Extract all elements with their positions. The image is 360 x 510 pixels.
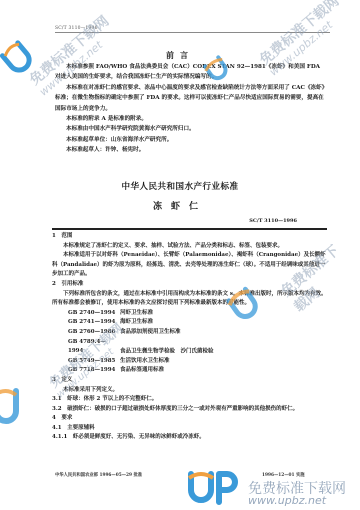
subsection-item: 4.1.1 虾必须是鲜度好、无污染、无异味的冰鲜虾或冷冻虾。	[52, 433, 327, 443]
up-logo-icon	[0, 385, 22, 435]
watermark-site-url: www.upbz.net	[248, 494, 326, 507]
definition-item: 3.1 虾球：体形 2 节以上的不完整虾仁。	[52, 395, 327, 405]
subsection-heading: 4.1 主要原辅料	[52, 424, 327, 434]
section-heading: 2 引用标准	[52, 280, 327, 290]
section-heading: 4 要求	[52, 414, 327, 424]
section-heading: 1 范围	[52, 232, 327, 242]
watermark-bottom-logo	[185, 470, 245, 510]
foreword-paragraph: 本标准起草人：许钟、杨宪时。	[55, 145, 325, 155]
section-paragraph: 下列标准所包含的条文，通过在本标准中引用而构成为本标准的条文 s。本标准出版时，…	[52, 290, 327, 309]
document-page: SC/T 3110—1996 前言 本标准参照 FAO/WHO 食品法典委员会（…	[0, 0, 360, 510]
watermark-left-bottom	[0, 385, 22, 439]
standard-body: 1 范围 本标准规定了冻虾仁的定义、要求、抽样、试验方法、产品分类和标志、标签、…	[52, 232, 327, 443]
foreword-paragraph: 本标准的附录 A 是标准的附录。	[55, 114, 325, 124]
standard-code: SC/T 3110—1996	[249, 218, 297, 224]
reference-item: GB 2741—1994海虾卫生标准	[52, 318, 327, 328]
up-logo-icon	[185, 470, 245, 506]
foreword-paragraph: 本标准起草单位：山东省海洋水产研究所。	[55, 135, 325, 145]
reference-item: GB 2760—1986食品添加剂使用卫生标准	[52, 328, 327, 338]
foreword-title: 前言	[0, 50, 360, 61]
section-paragraph: 本标准规定了冻虾仁的定义、要求、抽样、试验方法、产品分类和标志、标签、包装要求。	[52, 242, 327, 252]
reference-item: GB 2740—1994河虾卫生标准	[52, 309, 327, 319]
title-rule	[52, 228, 327, 230]
effective-date: 1996—12—01 实施	[262, 472, 305, 478]
standard-title: 冻虾仁	[0, 199, 360, 212]
reference-item: GB 4789.4—1994食品卫生微生物学检验 沙门氏菌检验	[52, 338, 327, 357]
foreword-paragraph: 本标准参照 FAO/WHO 食品法典委员会（CAC）CODEX STAN 92—…	[55, 62, 325, 83]
section-heading: 3 定义	[52, 376, 327, 386]
header-standard-code: SC/T 3110—1996	[55, 26, 98, 31]
standard-org: 中华人民共和国水产行业标准	[0, 180, 360, 192]
section-paragraph: 本标准适用于以对虾科（Penaeidae）、长臂虾（Palaemonidae）、…	[52, 251, 327, 280]
section-paragraph: 本标准采用下列定义。	[52, 386, 327, 396]
foreword-paragraph: 本标准由中国水产科学研究院黄海水产研究所归口。	[55, 124, 325, 134]
reference-item: GB 7718—1994食品标签通用标准	[52, 366, 327, 376]
definition-item: 3.2 破损虾仁：破损的口子超过破损处虾体厚度的三分之一或对外观有严重影响的其他…	[52, 405, 327, 415]
foreword-paragraph: 本标准在对冻虾仁的感官要求、冻品中心温度的要求及感官检查缺陷统计方法等方面采用了…	[55, 83, 325, 114]
foreword-body: 本标准参照 FAO/WHO 食品法典委员会（CAC）CODEX STAN 92—…	[55, 62, 325, 156]
approval-date: 中华人民共和国农业部 1996—05—29 批准	[55, 472, 142, 478]
watermark-site-cn: 免费标准下载网	[248, 478, 346, 498]
header-rule	[55, 32, 330, 33]
reference-item: GB 5749—1985生活饮用水卫生标准	[52, 357, 327, 367]
